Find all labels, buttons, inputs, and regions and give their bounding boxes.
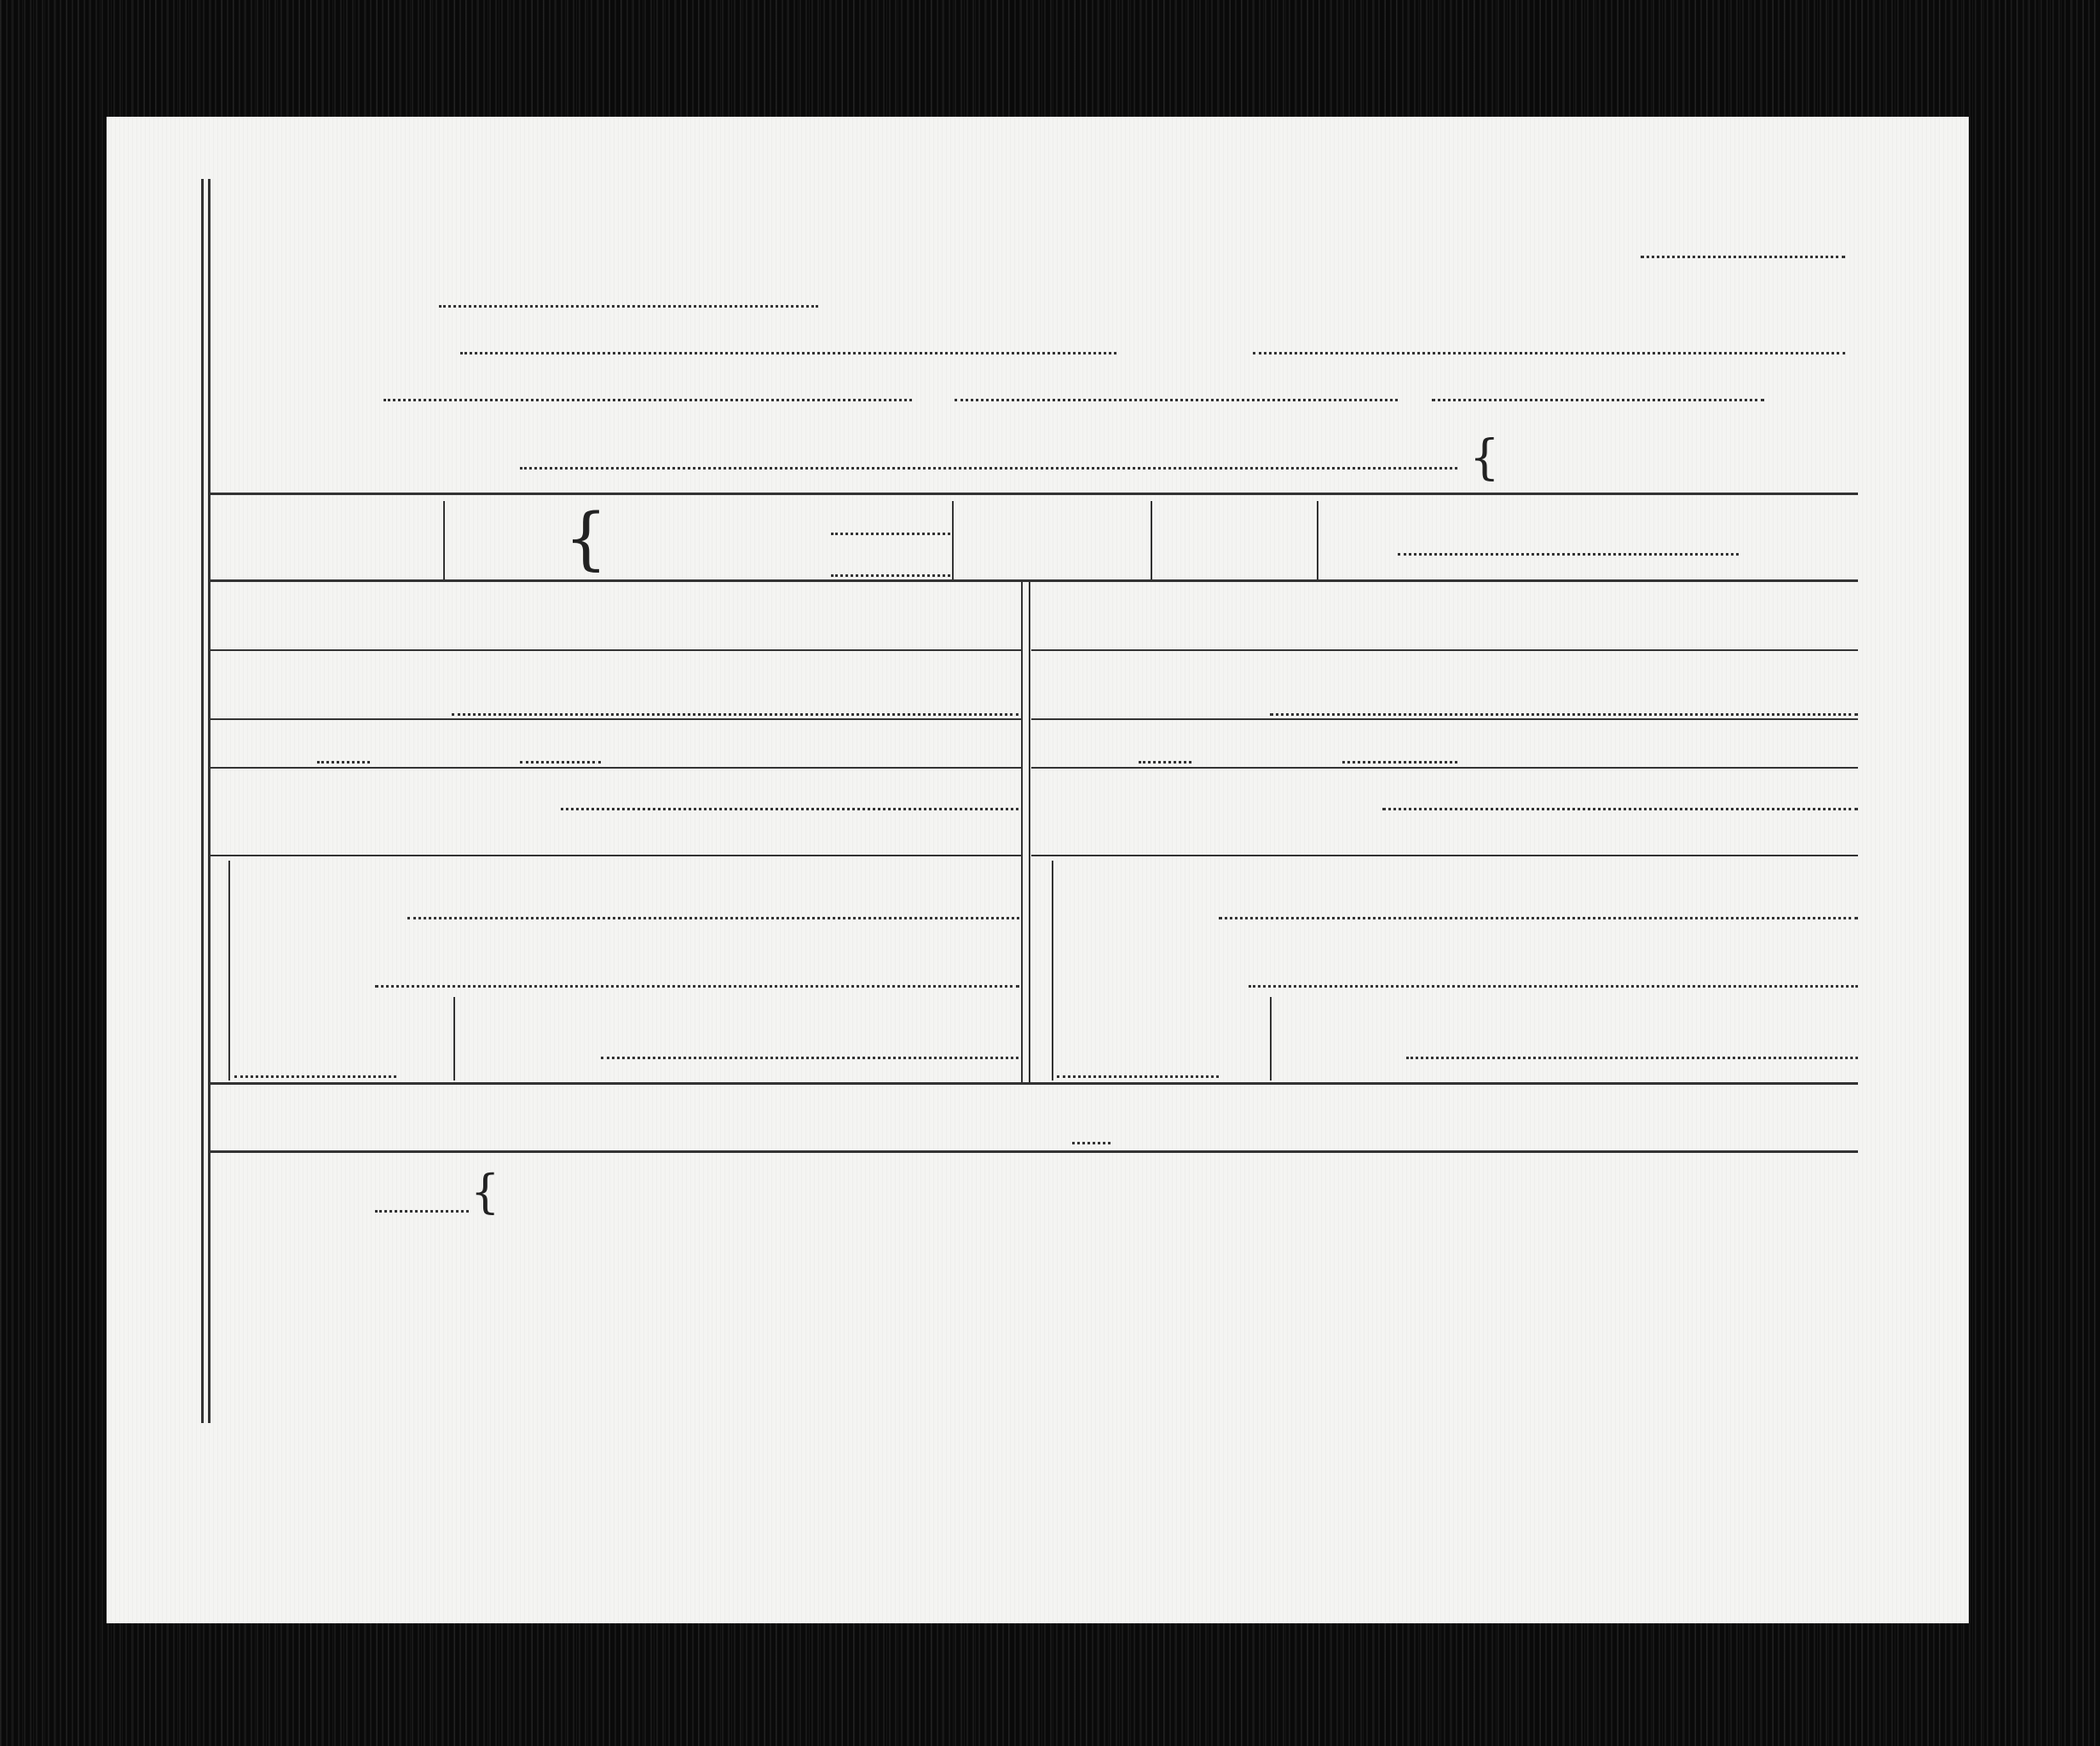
- rule-after-row3: [209, 579, 1858, 582]
- birth-order-line: [831, 574, 950, 577]
- father-occupation-rule: [228, 861, 230, 1080]
- mother-birthplace-line: [1382, 808, 1858, 810]
- parent-divider-b: [1029, 582, 1030, 1085]
- margin-double-rule-b: [208, 179, 211, 1423]
- mother-trade-line: [1219, 917, 1858, 919]
- mother-total-divider: [1270, 997, 1272, 1080]
- rule-father-residence: [209, 718, 1021, 720]
- rule-mother-birthplace: [1031, 855, 1858, 856]
- parent-divider-a: [1021, 582, 1023, 1085]
- mother-total-line: [1406, 1057, 1858, 1059]
- mother-race-line: [1139, 761, 1191, 764]
- living-line: [1072, 1142, 1111, 1144]
- father-birthplace-line: [561, 808, 1018, 810]
- county-line: [439, 305, 818, 308]
- registered-no-line: [1641, 256, 1845, 258]
- gestation-brace: {: [470, 1169, 499, 1215]
- rule-after-children: [209, 1150, 1858, 1153]
- mother-age-line: [1342, 761, 1457, 764]
- rule-after-occupation: [209, 1082, 1858, 1085]
- father-race-line: [317, 761, 370, 764]
- divider-term: [1151, 501, 1152, 579]
- note-brace: {: [1469, 435, 1500, 482]
- city-line: [384, 399, 912, 401]
- gestation-line: [375, 1210, 469, 1213]
- father-age-line: [520, 761, 601, 764]
- rule-father-name: [209, 649, 1021, 651]
- rule-after-name: [209, 493, 1858, 495]
- father-trade-line: [407, 917, 1019, 919]
- margin-double-rule-a: [201, 179, 204, 1423]
- father-industry-line: [375, 985, 1019, 988]
- divider-sex: [443, 501, 445, 579]
- rule-father-birthplace: [209, 855, 1021, 856]
- mother-industry-line: [1249, 985, 1858, 988]
- mother-residence-line: [1270, 713, 1858, 716]
- twin-line: [831, 533, 950, 535]
- child-name-line: [520, 467, 1457, 470]
- rule-mother-residence: [1031, 718, 1858, 720]
- father-total-divider: [453, 997, 455, 1080]
- mother-date-line: [1057, 1075, 1219, 1078]
- dob-line: [1398, 553, 1739, 556]
- street-line: [1432, 399, 1764, 401]
- father-date-line: [234, 1075, 396, 1078]
- father-total-line: [601, 1057, 1018, 1059]
- mother-occupation-rule: [1052, 861, 1053, 1080]
- village-line: [1253, 352, 1845, 354]
- street-no-line: [955, 399, 1398, 401]
- birth-certificate-page: [107, 117, 1969, 1623]
- divider-plural: [952, 501, 954, 579]
- father-residence-line: [452, 713, 1018, 716]
- divider-legit: [1317, 501, 1318, 579]
- township-line: [460, 352, 1116, 354]
- rule-father-race: [209, 767, 1021, 769]
- rule-mother-name: [1031, 649, 1858, 651]
- plural-brace: {: [564, 504, 608, 573]
- rule-mother-race: [1031, 767, 1858, 769]
